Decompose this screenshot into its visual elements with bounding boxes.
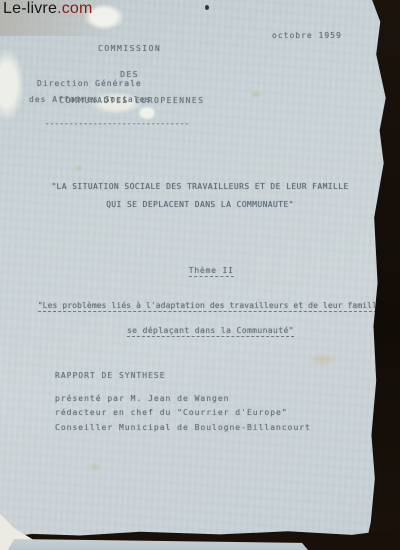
watermark-tld: .com bbox=[57, 0, 92, 17]
issuer-underline: ------------------------------ bbox=[34, 120, 200, 127]
foxing-stain bbox=[74, 164, 84, 172]
title-line-2: QUI SE DEPLACENT DANS LA COMMUNAUTE" bbox=[0, 200, 400, 209]
author-line-1: présenté par M. Jean de Wangen bbox=[55, 394, 230, 403]
ink-speck bbox=[205, 5, 209, 10]
issuer-line-1: COMMISSION bbox=[98, 44, 161, 53]
author-line-2: rédacteur en chef du "Courrier d'Europe" bbox=[55, 408, 288, 417]
theme-line-1: "Les problèmes liés à l'adaptation des t… bbox=[0, 292, 400, 319]
department-line-1: Direction Générale bbox=[37, 79, 142, 88]
author-line-3: Conseiller Municipal de Boulogne-Billanc… bbox=[55, 423, 311, 432]
theme-heading: Thème II bbox=[0, 257, 400, 284]
report-type: RAPPORT DE SYNTHESE bbox=[55, 371, 166, 380]
watermark: Le-livre.com bbox=[3, 0, 93, 18]
foxing-stain bbox=[88, 462, 102, 472]
issuer-line-2: DES bbox=[120, 70, 139, 79]
foxing-stain bbox=[308, 352, 338, 368]
issuer-block: COMMISSION DES COMMUNAUTES EUROPEENNES -… bbox=[34, 29, 200, 153]
watermark-site: Le-livre bbox=[3, 0, 57, 17]
department-line-2: des Affaires Sociales bbox=[29, 95, 151, 104]
photo-frame: COMMISSION DES COMMUNAUTES EUROPEENNES -… bbox=[0, 0, 400, 550]
foxing-stain bbox=[250, 90, 262, 99]
document-date: octobre 1959 bbox=[272, 31, 342, 40]
title-line-1: "LA SITUATION SOCIALE DES TRAVAILLEURS E… bbox=[0, 182, 400, 191]
theme-line-2: se déplaçant dans la Communauté" bbox=[0, 317, 400, 344]
